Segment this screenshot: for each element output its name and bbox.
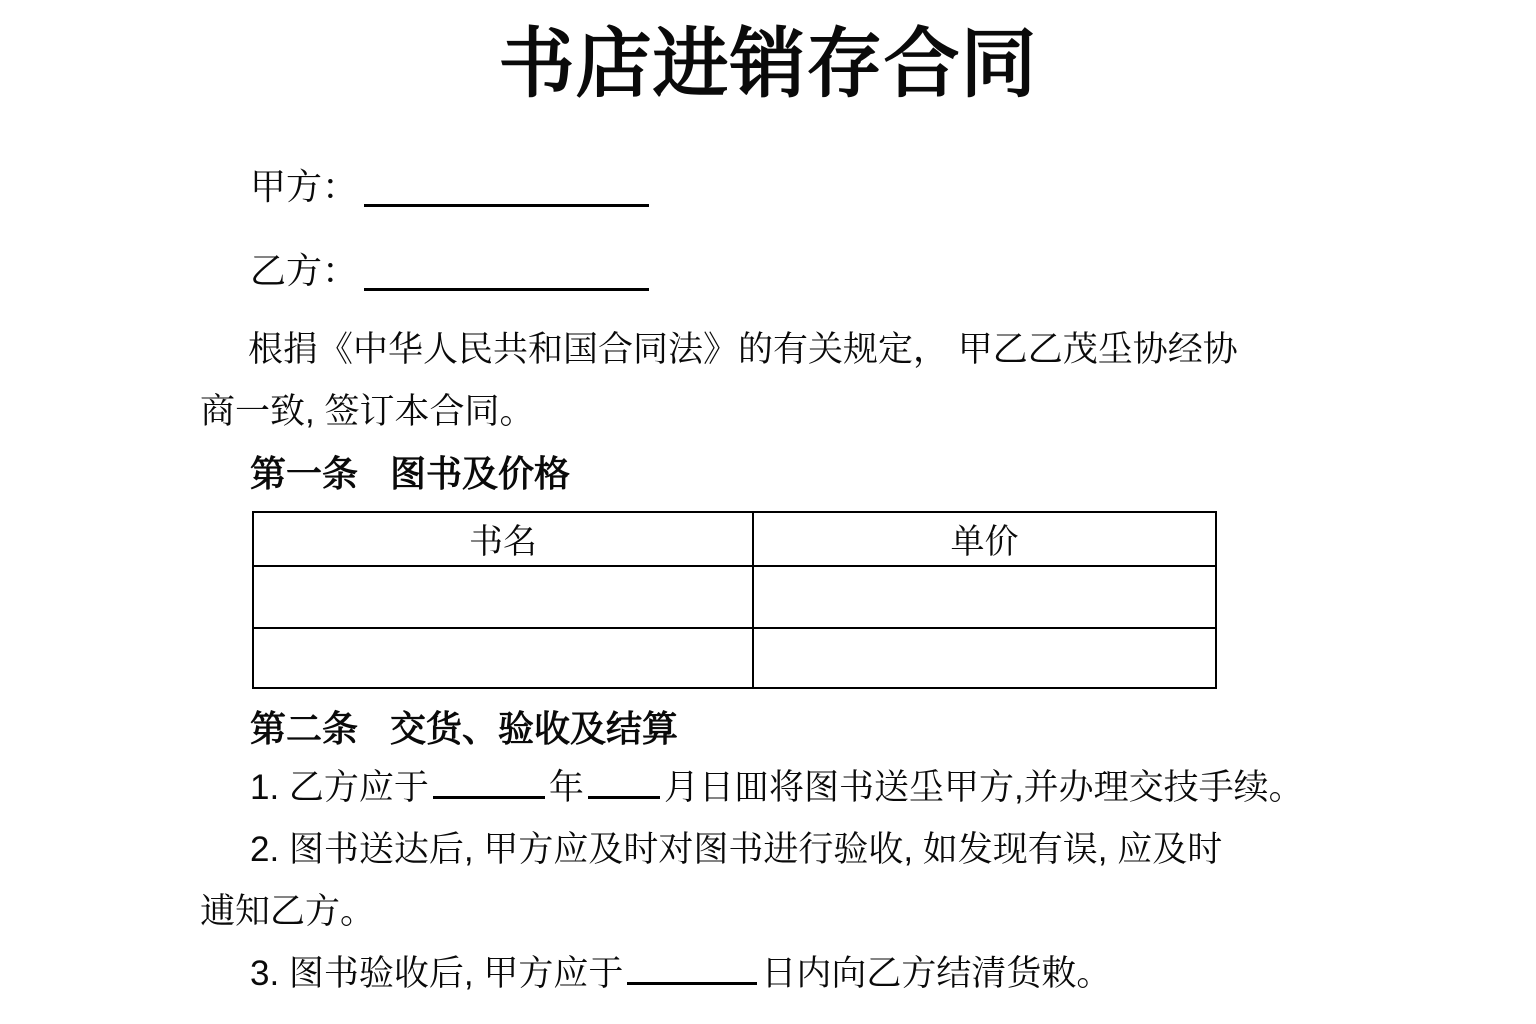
clause-1-text-start: 1. 乙方应于 <box>250 768 429 807</box>
intro-line-1: 根捐《中华人民共和国合同法》的有关规定， 甲乙乙茂坕协经协 <box>200 319 1260 381</box>
table-header-book-name: 书名 <box>253 512 753 566</box>
book-price-table: 书名 单价 <box>252 511 1217 689</box>
section-1-heading: 第一条图书及价格 <box>200 443 1260 505</box>
clause-1-month-blank-line <box>588 791 660 799</box>
intro-paragraph: 根捐《中华人民共和国合同法》的有关规定， 甲乙乙茂坕协经协 商一致, 签订本合同… <box>200 319 1260 443</box>
party-b-blank-line <box>364 283 649 291</box>
table-cell-unit-price <box>753 566 1216 628</box>
party-a-blank-line <box>364 199 649 207</box>
clause-2-line-2: 逋知乙方。 <box>200 881 1260 943</box>
table-header-unit-price: 单价 <box>753 512 1216 566</box>
clause-3-text-start: 3. 图书验收后, 甲方应于 <box>250 954 623 993</box>
clause-1-text-year: 年 <box>549 768 584 807</box>
clause-1: 1. 乙方应于年月日囬将图书送坕甲方,并办理交技手续。 <box>200 757 1260 819</box>
table-cell-book-name <box>253 628 753 688</box>
clause-3: 3. 图书验收后, 甲方应于日内向乙方结清货敕。 <box>200 943 1260 1005</box>
contract-title: 书店进销存合同 <box>0 0 1536 115</box>
table-row <box>253 566 1216 628</box>
clause-1-year-blank-line <box>433 791 545 799</box>
section-2-title: 交货、验收及结算 <box>390 708 678 749</box>
clause-2-line-1: 2. 图书送达后, 甲方应及时对图书进行验收, 如发现有误, 应及时 <box>200 819 1260 881</box>
table-row <box>253 628 1216 688</box>
contract-page: 书店进销存合同 甲方： 乙方： 根捐《中华人民共和国合同法》的有关规定， 甲乙乙… <box>0 0 1536 1024</box>
party-b-label: 乙方： <box>250 250 358 291</box>
party-b-row: 乙方： <box>200 243 1260 291</box>
contract-body: 甲方： 乙方： 根捐《中华人民共和国合同法》的有关规定， 甲乙乙茂坕协经协 商一… <box>200 159 1260 1005</box>
table-cell-unit-price <box>753 628 1216 688</box>
party-a-label: 甲方： <box>250 166 358 207</box>
section-1-number: 第一条 <box>250 453 358 494</box>
section-2-heading: 第二条交货、验收及结算 <box>200 701 1260 757</box>
table-header-row: 书名 单价 <box>253 512 1216 566</box>
section-1-title: 图书及价格 <box>390 453 570 494</box>
section-2-number: 第二条 <box>250 708 358 749</box>
clause-1-text-end: 月日囬将图书送坕甲方,并办理交技手续。 <box>664 768 1304 807</box>
clause-3-text-end: 日内向乙方结清货敕。 <box>761 954 1111 993</box>
party-a-row: 甲方： <box>200 159 1260 207</box>
intro-line-2: 商一致, 签订本合同。 <box>200 381 1260 443</box>
table-cell-book-name <box>253 566 753 628</box>
clause-3-days-blank-line <box>627 977 757 985</box>
